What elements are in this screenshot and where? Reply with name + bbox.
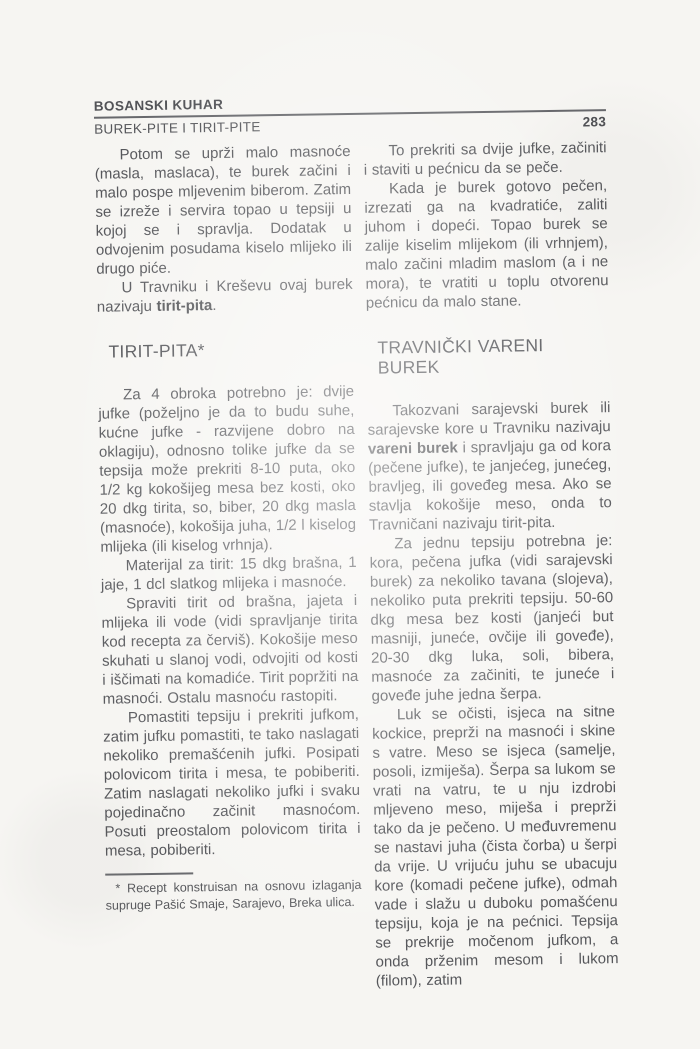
left-column: Potom se uprži malo masnoće (masla, masl… xyxy=(94,142,363,995)
page-content: BOSANSKI KUHAR BUREK-PITE I TIRIT-PITE 2… xyxy=(0,0,700,996)
paragraph: Za jednu tepsiju potrebna je: kora, peče… xyxy=(369,531,615,706)
paragraph: Pomastiti tepsiju i prekriti jufkom, zat… xyxy=(103,705,361,861)
page-header: BOSANSKI KUHAR BUREK-PITE I TIRIT-PITE 2… xyxy=(94,92,606,137)
bold-term-vareni-burek: vareni burek xyxy=(368,439,458,457)
paragraph: To prekriti sa dvije jufke, začiniti i s… xyxy=(363,138,607,180)
paragraph-text: Takozvani sarajevski burek ili sarajevsk… xyxy=(368,399,611,439)
section-heading-travnicki-vareni-burek: TRAVNIČKI VARENI BUREK xyxy=(377,334,610,377)
scanned-book-page: { "header": { "book_title": "BOSANSKI KU… xyxy=(0,0,700,1049)
paragraph: Spraviti tirit od brašna, jajeta i mlije… xyxy=(101,591,359,709)
paragraph: Kada je burek gotovo pečen, izrezati ga … xyxy=(364,176,609,313)
chapter-title: BUREK-PITE I TIRIT-PITE xyxy=(94,119,261,136)
paragraph: Takozvani sarajevski burek ili sarajevsk… xyxy=(367,398,612,535)
page-number: 283 xyxy=(583,114,607,129)
bold-term-tirit-pita: tirit-pita xyxy=(156,297,212,315)
text-columns: Potom se uprži malo masnoće (masla, masl… xyxy=(94,138,619,995)
footnote: * Recept konstruisan na osnovu izlaganja… xyxy=(105,870,362,914)
paragraph: U Travniku i Kreševu ovaj burek nazivaju… xyxy=(96,275,353,317)
footnote-rule xyxy=(105,872,193,875)
paragraph: Materijal za tirit: 15 dkg brašna, 1 jaj… xyxy=(101,553,358,595)
footnote-text: * Recept konstruisan na osnovu izlaganja… xyxy=(105,876,361,914)
paragraph: Za 4 obroka potrebno je: dvije jufke (po… xyxy=(98,382,357,557)
section-heading-tirit-pita: TIRIT-PITA* xyxy=(108,338,353,362)
right-column: To prekriti sa dvije jufke, začiniti i s… xyxy=(363,138,619,991)
paragraph-text: U Travniku i Kreševu ovaj burek nazivaju xyxy=(97,276,353,316)
paragraph: Potom se uprži malo masnoće (masla, masl… xyxy=(94,142,352,279)
paragraph-text: . xyxy=(212,297,216,314)
paragraph: Luk se očisti, isjeca na sitne kockice, … xyxy=(372,702,619,991)
